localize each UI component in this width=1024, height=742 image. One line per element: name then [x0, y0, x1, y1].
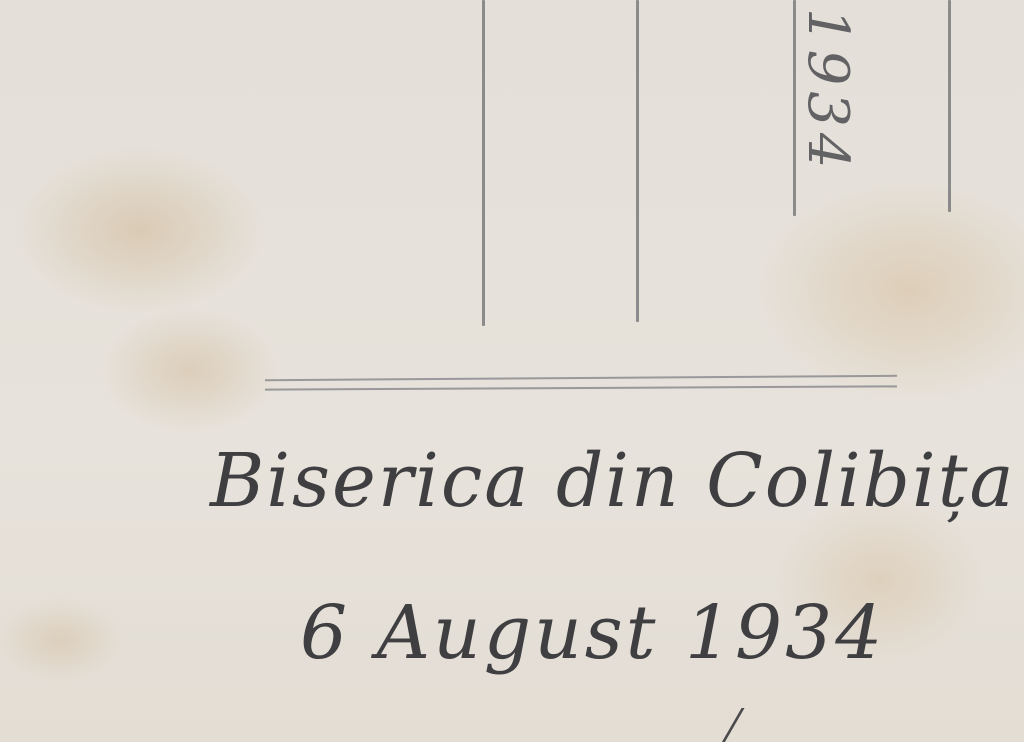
table-column-divider-2 [636, 0, 639, 322]
rotated-year-entry: 1934 [795, 8, 860, 175]
caption-date: 6 August 1934 [300, 590, 885, 676]
caption-church-name: Biserica din Colibița [210, 438, 1016, 524]
table-column-divider-4 [948, 0, 951, 212]
table-column-divider-1 [482, 0, 485, 326]
